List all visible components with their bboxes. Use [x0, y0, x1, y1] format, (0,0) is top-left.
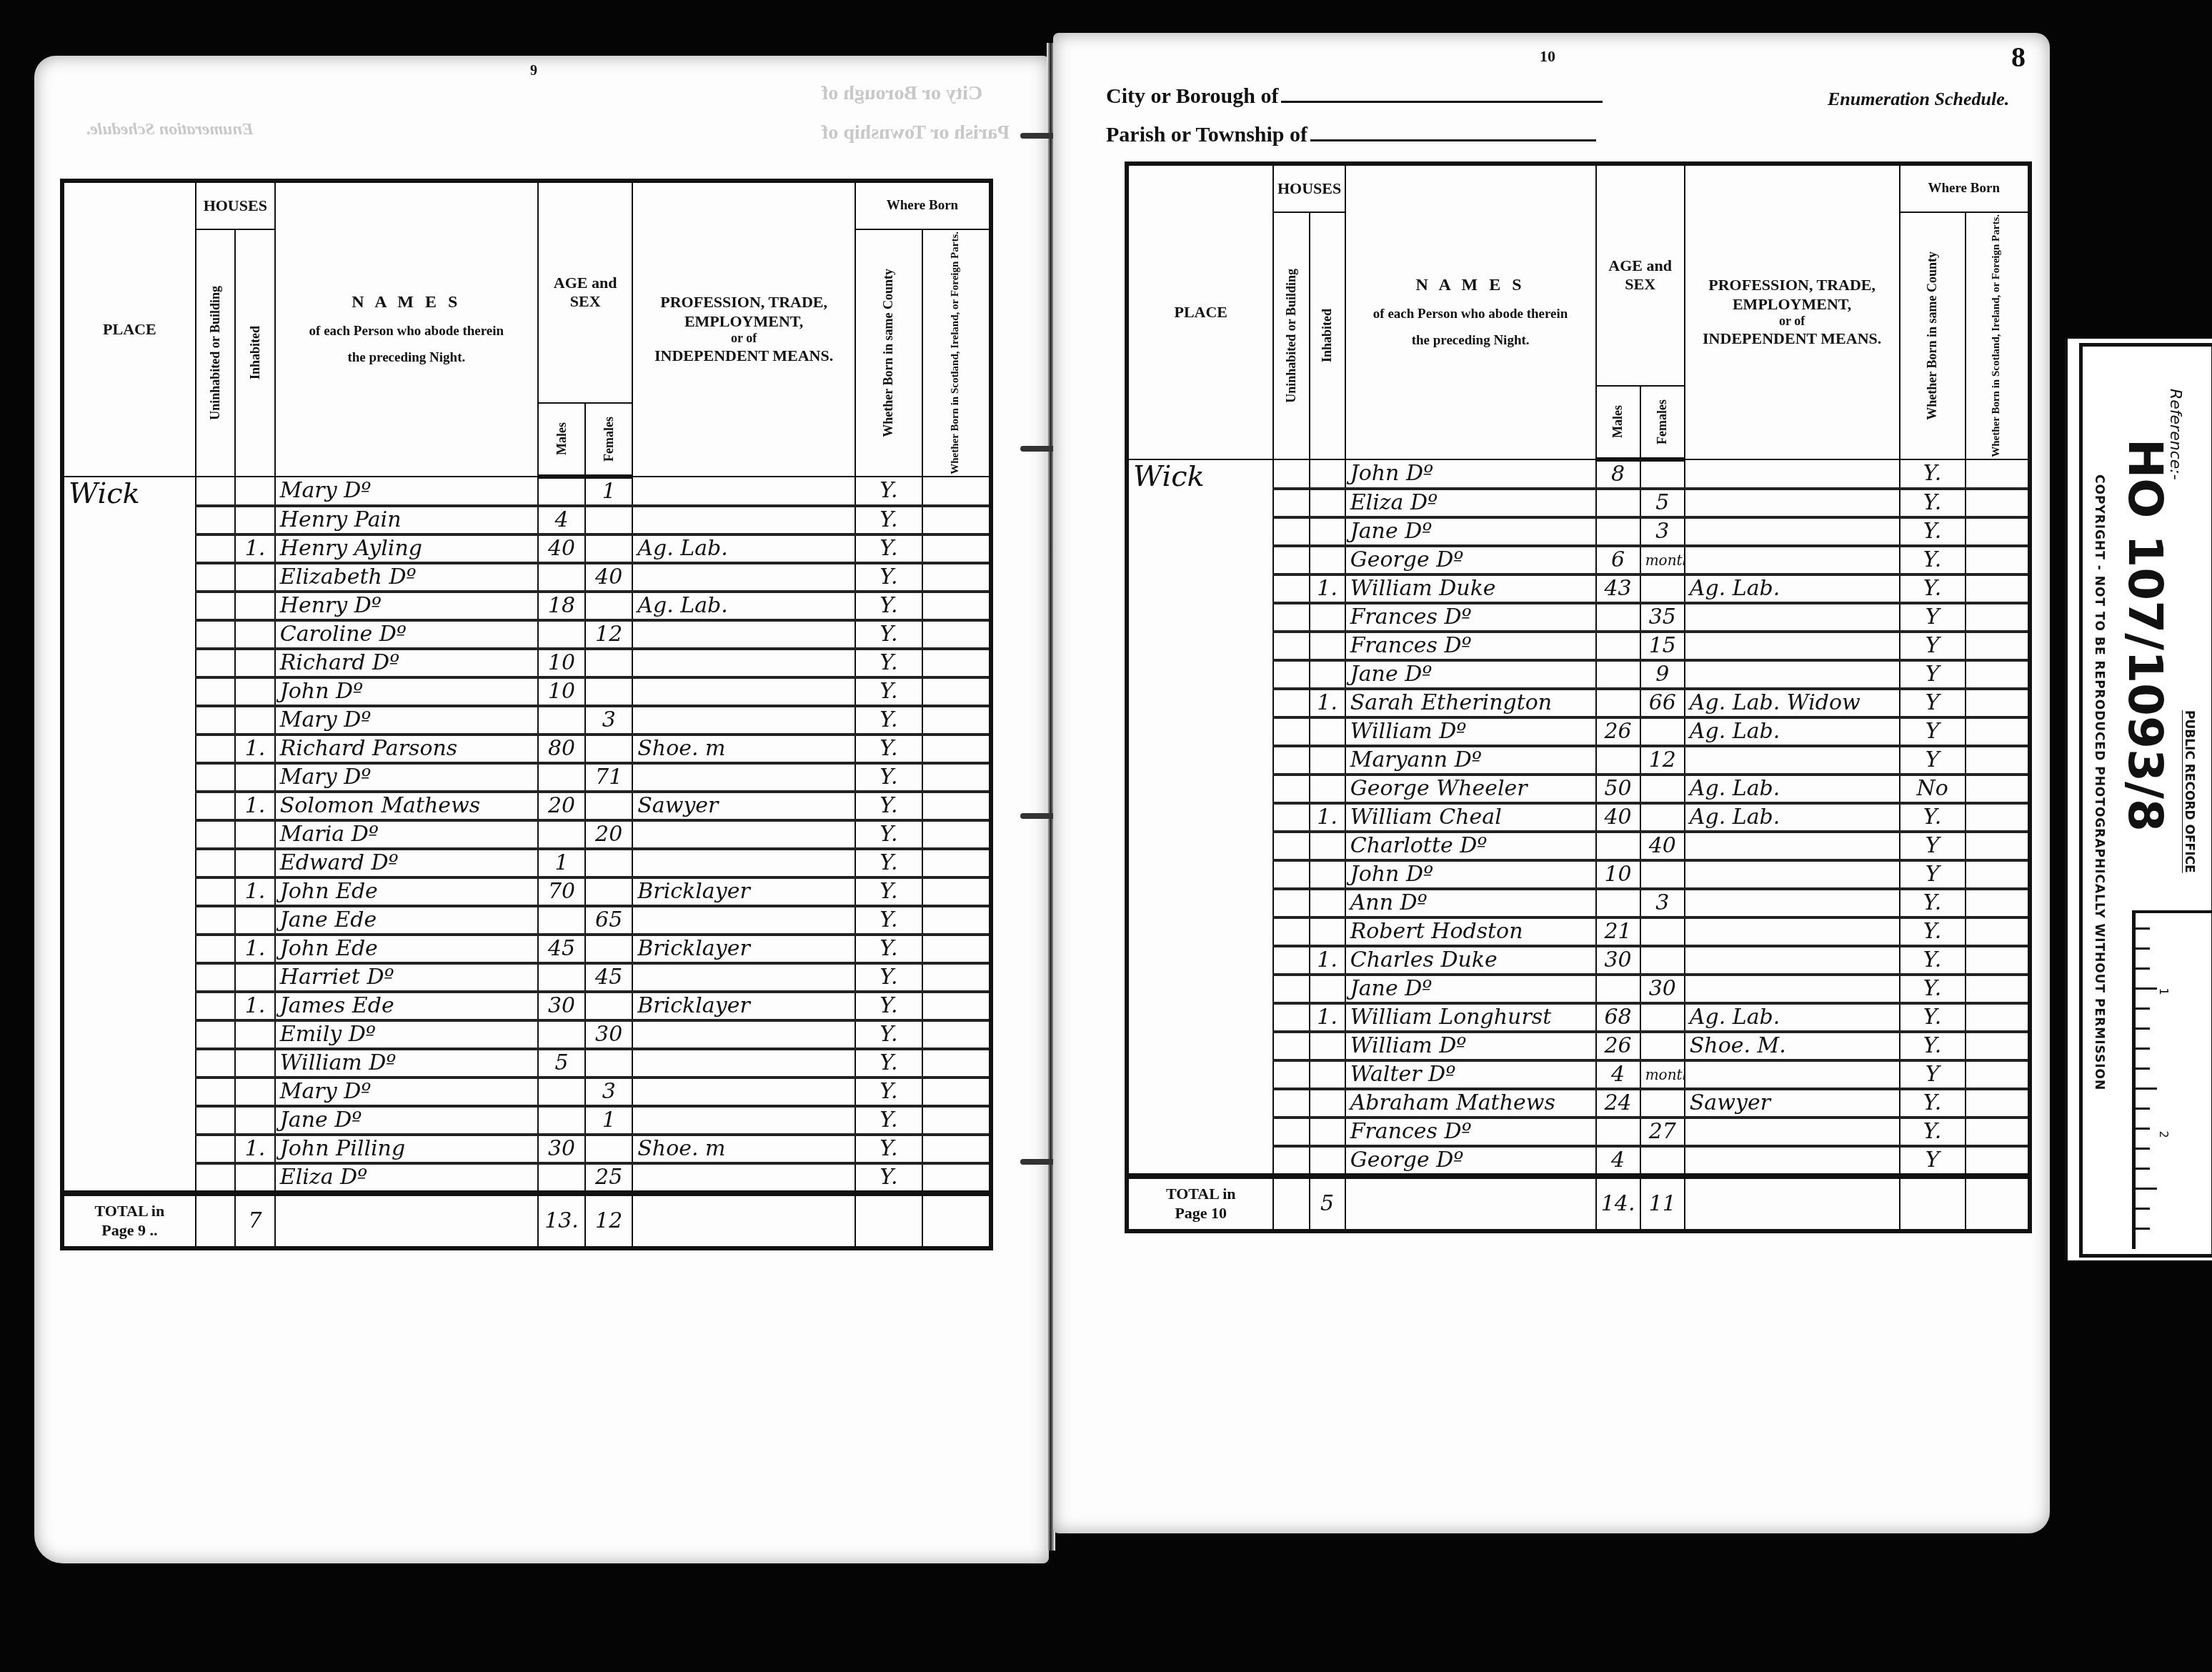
profession-cell — [632, 1163, 855, 1193]
male-cell — [538, 1020, 585, 1049]
same-county-cell: Y. — [1900, 489, 1966, 517]
foreign-cell — [922, 1163, 991, 1193]
same-county-cell: Y. — [855, 649, 922, 677]
profession-cell — [632, 906, 855, 935]
same-county-cell: Y. — [1900, 1089, 1966, 1118]
foreign-cell — [1966, 1032, 2030, 1060]
name-cell: William Dº — [1345, 1032, 1596, 1060]
profession-line-3: or of — [634, 331, 853, 347]
uninhabited-cell — [196, 1020, 235, 1049]
foreign-cell — [1966, 746, 2030, 775]
female-cell — [1640, 860, 1685, 889]
foreign-cell — [922, 477, 991, 506]
foreign-cell — [922, 1020, 991, 1049]
profession-cell: Sawyer — [1685, 1089, 1900, 1118]
foreign-cell — [922, 620, 991, 649]
table-row: William Dº5Y. — [62, 1049, 991, 1078]
foreign-cell — [922, 649, 991, 677]
header-inhabited: Inhabited — [235, 229, 275, 477]
foreign-cell — [922, 963, 991, 992]
total-uninhabited — [1273, 1176, 1309, 1231]
same-county-cell: Y. — [1900, 889, 1966, 917]
parish-township-line — [1310, 139, 1596, 141]
uninhabited-cell — [1273, 603, 1309, 632]
male-cell: 20 — [538, 792, 585, 820]
male-cell — [538, 763, 585, 792]
female-cell: 30 — [1640, 975, 1685, 1003]
left-census-rows: WickMary Dº1Y.Henry Pain4Y.1.Henry Aylin… — [62, 477, 991, 1248]
profession-cell: Sawyer — [632, 792, 855, 820]
foreign-cell — [922, 1078, 991, 1106]
uninhabited-cell — [1273, 889, 1309, 917]
names-sub1: of each Person who abode therein — [277, 324, 536, 340]
name-cell: John Dº — [275, 677, 538, 706]
uninhabited-cell — [196, 1049, 235, 1078]
inhabited-cell — [1310, 459, 1345, 489]
header-age-sex: AGE and SEX — [1596, 164, 1685, 386]
inhabited-cell — [1310, 975, 1345, 1003]
table-row: Caroline Dº12Y. — [62, 620, 991, 649]
inhabited-cell — [1310, 1089, 1345, 1118]
inhabited-cell — [235, 1078, 275, 1106]
profession-cell: Bricklayer — [632, 935, 855, 963]
same-county-cell: Y — [1900, 603, 1966, 632]
table-row: Eliza Dº25Y. — [62, 1163, 991, 1193]
uninhabited-cell — [1273, 1003, 1309, 1032]
header-houses: HOUSES — [1273, 164, 1345, 212]
name-cell: Eliza Dº — [275, 1163, 538, 1193]
profession-cell — [1685, 1146, 1900, 1176]
table-row: Henry Dº18Ag. Lab.Y. — [62, 592, 991, 620]
name-cell: William Dº — [1345, 717, 1596, 746]
inhabited-cell — [235, 1163, 275, 1193]
uninhabited-cell — [1273, 546, 1309, 574]
header-place: PLACE — [62, 181, 196, 477]
female-cell — [1640, 775, 1685, 803]
foreign-cell — [1966, 717, 2030, 746]
foreign-cell — [1966, 489, 2030, 517]
same-county-cell: Y — [1900, 717, 1966, 746]
profession-cell: Ag. Lab. — [632, 534, 855, 563]
same-county-cell: Y. — [1900, 459, 1966, 489]
header-females: Females — [585, 403, 632, 477]
name-cell: Henry Dº — [275, 592, 538, 620]
profession-cell — [1685, 632, 1900, 660]
name-cell: Emily Dº — [275, 1020, 538, 1049]
same-county-cell: Y. — [855, 1163, 922, 1193]
profession-cell — [1685, 946, 1900, 975]
foreign-cell — [1966, 775, 2030, 803]
profession-cell: Ag. Lab. Widow — [1685, 689, 1900, 717]
female-cell — [585, 592, 632, 620]
table-row: Maria Dº20Y. — [62, 820, 991, 849]
same-county-cell: Y. — [855, 534, 922, 563]
profession-cell — [632, 506, 855, 534]
male-cell: 30 — [1596, 946, 1640, 975]
uninhabited-cell — [1273, 660, 1309, 689]
male-cell: 1 — [538, 849, 585, 877]
parish-township-field: Parish or Township of — [1106, 123, 1596, 147]
same-county-cell: Y. — [855, 792, 922, 820]
inhabited-cell: 1. — [1310, 803, 1345, 832]
male-cell — [1596, 660, 1640, 689]
profession-cell — [1685, 746, 1900, 775]
name-cell: Jane Dº — [1345, 517, 1596, 546]
name-cell: Jane Dº — [1345, 975, 1596, 1003]
uninhabited-cell — [1273, 803, 1309, 832]
inhabited-cell: 1. — [235, 735, 275, 763]
name-cell: John Dº — [1345, 860, 1596, 889]
name-cell: Ann Dº — [1345, 889, 1596, 917]
foreign-cell — [1966, 889, 2030, 917]
profession-cell — [632, 849, 855, 877]
profession-cell: Bricklayer — [632, 877, 855, 906]
names-sub1: of each Person who abode therein — [1347, 307, 1594, 323]
inhabited-cell: 1. — [235, 1135, 275, 1163]
total-row: TOTAL inPage 10514.11 — [1127, 1176, 2030, 1231]
inhabited-cell — [1310, 517, 1345, 546]
profession-cell — [632, 1106, 855, 1135]
uninhabited-cell — [196, 506, 235, 534]
inhabited-cell — [1310, 660, 1345, 689]
inhabited-cell — [1310, 489, 1345, 517]
male-cell: 21 — [1596, 917, 1640, 946]
same-county-cell: Y. — [855, 906, 922, 935]
inhabited-cell — [235, 706, 275, 735]
ruler-tick — [2136, 1168, 2150, 1170]
city-borough-line — [1281, 101, 1603, 103]
foreign-cell — [1966, 1060, 2030, 1089]
name-cell: Edward Dº — [275, 849, 538, 877]
names-title: N A M E S — [1347, 275, 1594, 296]
inhabited-cell — [1310, 860, 1345, 889]
table-row: 1.Henry Ayling40Ag. Lab.Y. — [62, 534, 991, 563]
foreign-cell — [1966, 546, 2030, 574]
table-row: 1.James Ede30BricklayerY. — [62, 992, 991, 1020]
uninhabited-cell — [1273, 1032, 1309, 1060]
same-county-cell: Y. — [855, 1078, 922, 1106]
name-cell: Frances Dº — [1345, 632, 1596, 660]
female-cell: 3 — [1640, 889, 1685, 917]
male-cell — [1596, 517, 1640, 546]
profession-cell — [632, 706, 855, 735]
inhabited-cell: 1. — [235, 935, 275, 963]
male-cell: 80 — [538, 735, 585, 763]
reference-slip: Reference:- HO 107/1093/8 COPYRIGHT - NO… — [2065, 339, 2212, 1260]
female-cell: 45 — [585, 963, 632, 992]
male-cell: 70 — [538, 877, 585, 906]
ruler-tick — [2136, 1108, 2150, 1110]
male-cell — [538, 963, 585, 992]
profession-cell: Shoe. M. — [1685, 1032, 1900, 1060]
total-names — [275, 1193, 538, 1248]
foreign-cell — [922, 877, 991, 906]
header-age-sex: AGE and SEX — [538, 181, 632, 403]
inhabited-cell — [235, 1049, 275, 1078]
foreign-cell — [922, 763, 991, 792]
female-cell: 65 — [585, 906, 632, 935]
name-cell: William Cheal — [1345, 803, 1596, 832]
name-cell: Charles Duke — [1345, 946, 1596, 975]
male-cell — [538, 1078, 585, 1106]
table-row: Mary Dº3Y. — [62, 1078, 991, 1106]
female-cell: 20 — [585, 820, 632, 849]
female-cell — [585, 849, 632, 877]
name-cell: Walter Dº — [1345, 1060, 1596, 1089]
male-cell: 30 — [538, 992, 585, 1020]
uninhabited-cell — [196, 1106, 235, 1135]
female-cell — [1640, 459, 1685, 489]
female-cell — [1640, 803, 1685, 832]
header-inhabited: Inhabited — [1310, 212, 1345, 459]
uninhabited-cell — [1273, 717, 1309, 746]
header-names: N A M E S of each Person who abode there… — [275, 181, 538, 477]
inhabited-cell: 1. — [235, 534, 275, 563]
profession-cell — [632, 963, 855, 992]
inhabited-cell: 1. — [235, 877, 275, 906]
female-cell — [1640, 1003, 1685, 1032]
male-cell: 18 — [538, 592, 585, 620]
name-cell: William Dº — [275, 1049, 538, 1078]
foreign-cell — [1966, 660, 2030, 689]
total-label: TOTAL inPage 10 — [1127, 1176, 1273, 1231]
foreign-cell — [1966, 632, 2030, 660]
name-cell: Jane Dº — [1345, 660, 1596, 689]
name-cell: John Ede — [275, 877, 538, 906]
female-cell — [585, 877, 632, 906]
total-females: 11 — [1640, 1176, 1685, 1231]
male-cell: 10 — [538, 649, 585, 677]
male-cell — [538, 820, 585, 849]
inhabited-cell — [235, 506, 275, 534]
left-page-number: 9 — [530, 63, 537, 79]
male-cell — [1596, 975, 1640, 1003]
inhabited-cell — [1310, 1032, 1345, 1060]
profession-cell — [632, 677, 855, 706]
profession-line-2: EMPLOYMENT, — [634, 312, 853, 331]
female-cell: 35 — [1640, 603, 1685, 632]
profession-cell: Bricklayer — [632, 992, 855, 1020]
total-profession — [1685, 1176, 1900, 1231]
same-county-cell: Y. — [855, 935, 922, 963]
male-cell: 26 — [1596, 717, 1640, 746]
uninhabited-cell — [1273, 917, 1309, 946]
uninhabited-cell — [1273, 574, 1309, 603]
female-cell: 9 — [1640, 660, 1685, 689]
inhabited-cell — [1310, 717, 1345, 746]
header-same-county: Whether Born in same County — [1900, 212, 1966, 459]
header-profession: PROFESSION, TRADE, EMPLOYMENT, or of IND… — [632, 181, 855, 477]
profession-cell — [1685, 603, 1900, 632]
ruler-tick — [2136, 947, 2150, 950]
foreign-cell — [1966, 860, 2030, 889]
name-cell: Frances Dº — [1345, 603, 1596, 632]
male-cell: 45 — [538, 935, 585, 963]
profession-cell: Ag. Lab. — [1685, 775, 1900, 803]
inhabited-cell — [1310, 546, 1345, 574]
female-cell: 5 — [1640, 489, 1685, 517]
profession-cell: Ag. Lab. — [1685, 1003, 1900, 1032]
ruler-tick — [2136, 1068, 2150, 1070]
female-cell: 40 — [585, 563, 632, 592]
ruler-mark: 2 — [2157, 1130, 2171, 1138]
uninhabited-cell — [1273, 946, 1309, 975]
female-cell: 12 — [585, 620, 632, 649]
same-county-cell: Y. — [855, 477, 922, 506]
female-cell — [585, 677, 632, 706]
inhabited-cell — [235, 1020, 275, 1049]
table-row: 1.Richard Parsons80Shoe. mY. — [62, 735, 991, 763]
header-males: Males — [1596, 386, 1640, 459]
foreign-cell — [1966, 574, 2030, 603]
ruler-tick — [2136, 927, 2150, 930]
ghost-parish-label: Parish or Township of — [822, 121, 1010, 144]
female-cell — [1640, 946, 1685, 975]
table-row: Emily Dº30Y. — [62, 1020, 991, 1049]
profession-cell — [632, 1049, 855, 1078]
profession-cell — [632, 763, 855, 792]
city-borough-label: City or Borough of — [1106, 84, 1278, 108]
name-cell: Sarah Etherington — [1345, 689, 1596, 717]
inhabited-cell — [1310, 775, 1345, 803]
name-cell: George Wheeler — [1345, 775, 1596, 803]
reference-code: HO 107/1093/8 — [2118, 439, 2173, 832]
uninhabited-cell — [196, 706, 235, 735]
total-profession — [632, 1193, 855, 1248]
table-row: Edward Dº1Y. — [62, 849, 991, 877]
male-cell: 4 — [1596, 1060, 1640, 1089]
uninhabited-cell — [196, 592, 235, 620]
record-office-label: PUBLIC RECORD OFFICE — [2182, 710, 2196, 873]
male-cell: 40 — [538, 534, 585, 563]
total-foreign — [922, 1193, 991, 1248]
name-cell: Caroline Dº — [275, 620, 538, 649]
table-row: Mary Dº3Y. — [62, 706, 991, 735]
foreign-cell — [922, 1049, 991, 1078]
name-cell: Jane Dº — [275, 1106, 538, 1135]
names-title: N A M E S — [277, 292, 536, 313]
uninhabited-cell — [196, 877, 235, 906]
uninhabited-cell — [1273, 517, 1309, 546]
profession-cell — [1685, 489, 1900, 517]
male-cell: 4 — [1596, 1146, 1640, 1176]
inhabited-cell — [1310, 832, 1345, 860]
name-cell: Charlotte Dº — [1345, 832, 1596, 860]
female-cell: 27 — [1640, 1118, 1685, 1146]
profession-cell — [1685, 459, 1900, 489]
uninhabited-cell — [1273, 1146, 1309, 1176]
ruler-tick — [2136, 1128, 2150, 1130]
inhabited-cell: 1. — [235, 992, 275, 1020]
ruler-mark: 1 — [2157, 987, 2171, 995]
female-cell — [585, 649, 632, 677]
foreign-cell — [1966, 1146, 2030, 1176]
same-county-cell: Y. — [1900, 975, 1966, 1003]
foreign-cell — [922, 792, 991, 820]
inhabited-cell — [235, 477, 275, 506]
ruler-tick — [2136, 1027, 2150, 1030]
inhabited-cell — [235, 849, 275, 877]
foreign-cell — [1966, 1003, 2030, 1032]
header-foreign-parts: Whether Born in Scotland, Ireland, or Fo… — [1966, 212, 2030, 459]
same-county-cell: Y. — [1900, 546, 1966, 574]
male-cell — [538, 477, 585, 506]
female-cell: months — [1640, 1060, 1685, 1089]
uninhabited-cell — [196, 1078, 235, 1106]
total-inhabited: 5 — [1310, 1176, 1345, 1231]
female-cell — [1640, 1032, 1685, 1060]
name-cell: Henry Pain — [275, 506, 538, 534]
uninhabited-cell — [1273, 689, 1309, 717]
male-cell — [1596, 1118, 1640, 1146]
same-county-cell: Y. — [855, 677, 922, 706]
ruler-tick — [2136, 1007, 2150, 1010]
profession-cell — [1685, 832, 1900, 860]
inhabited-cell — [235, 763, 275, 792]
uninhabited-cell — [196, 906, 235, 935]
female-cell — [585, 992, 632, 1020]
foreign-cell — [1966, 917, 2030, 946]
same-county-cell: Y. — [1900, 803, 1966, 832]
same-county-cell: Y — [1900, 1060, 1966, 1089]
uninhabited-cell — [1273, 832, 1309, 860]
inhabited-cell — [235, 592, 275, 620]
inhabited-cell: 1. — [1310, 689, 1345, 717]
same-county-cell: Y. — [855, 963, 922, 992]
inhabited-cell: 1. — [1310, 946, 1345, 975]
profession-cell — [1685, 860, 1900, 889]
same-county-cell: No — [1900, 775, 1966, 803]
name-cell: Jane Ede — [275, 906, 538, 935]
male-cell: 10 — [1596, 860, 1640, 889]
place-cell: Wick — [62, 477, 196, 1193]
profession-line-1: PROFESSION, TRADE, — [1687, 276, 1898, 294]
inhabited-cell — [235, 649, 275, 677]
male-cell — [538, 620, 585, 649]
inhabited-cell — [1310, 917, 1345, 946]
male-cell: 4 — [538, 506, 585, 534]
ruler-tick — [2136, 1228, 2150, 1230]
names-sub2: the preceding Night. — [277, 350, 536, 367]
male-cell: 30 — [538, 1135, 585, 1163]
same-county-cell: Y. — [855, 820, 922, 849]
female-cell — [1640, 1089, 1685, 1118]
profession-cell — [1685, 517, 1900, 546]
same-county-cell: Y. — [855, 849, 922, 877]
foreign-cell — [922, 735, 991, 763]
name-cell: John Dº — [1345, 459, 1596, 489]
foreign-cell — [922, 935, 991, 963]
name-cell: George Dº — [1345, 546, 1596, 574]
foreign-cell — [922, 906, 991, 935]
same-county-cell: Y. — [1900, 1118, 1966, 1146]
male-cell: 50 — [1596, 775, 1640, 803]
uninhabited-cell — [196, 820, 235, 849]
uninhabited-cell — [196, 992, 235, 1020]
name-cell: Henry Ayling — [275, 534, 538, 563]
uninhabited-cell — [1273, 746, 1309, 775]
same-county-cell: Y — [1900, 632, 1966, 660]
profession-cell — [1685, 889, 1900, 917]
female-cell — [585, 935, 632, 963]
name-cell: Richard Parsons — [275, 735, 538, 763]
profession-cell: Shoe. m — [632, 735, 855, 763]
female-cell: 15 — [1640, 632, 1685, 660]
same-county-cell: Y. — [855, 706, 922, 735]
total-males: 14. — [1596, 1176, 1640, 1231]
table-row: WickMary Dº1Y. — [62, 477, 991, 506]
same-county-cell: Y. — [855, 735, 922, 763]
